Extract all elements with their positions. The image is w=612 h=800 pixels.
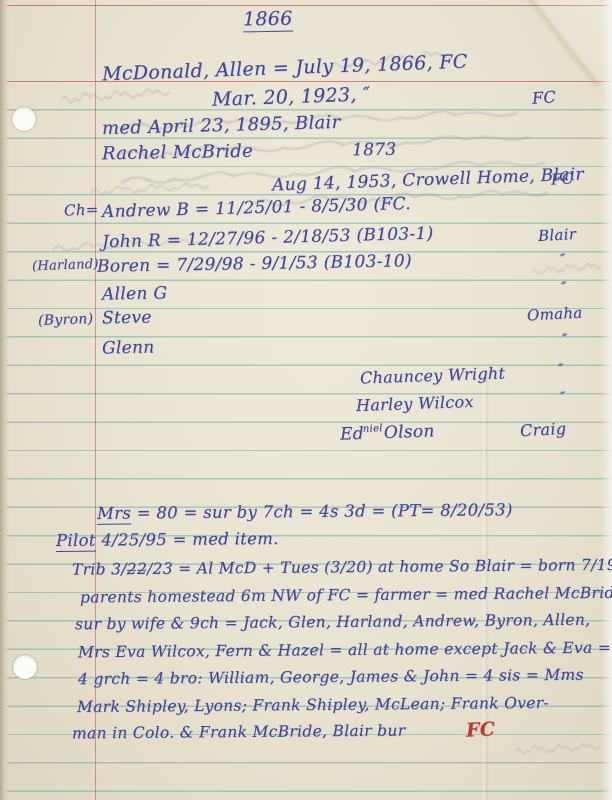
entry-death-place: FC	[531, 87, 556, 108]
spouse-death-place: FC	[551, 169, 574, 188]
obit-paragraph-line: man in Colo. & Frank McBride, Blair bur	[72, 722, 406, 743]
olson-pre: Ed	[340, 424, 365, 445]
child-row-ditto: ″	[562, 332, 568, 348]
other-name-place: Craig	[520, 419, 567, 440]
mrs-summary-line: Mrs = 80 = sur by 7ch = 4s 3d = (PT= 8/2…	[97, 500, 513, 523]
other-name-ditto: ″	[558, 362, 564, 378]
page-edge-left	[0, 0, 9, 800]
other-name-ditto: ″	[560, 390, 566, 406]
children-label: Ch=	[64, 200, 99, 219]
olson-insertion: niel	[363, 423, 383, 435]
spouse-name: Rachel McBride	[102, 141, 253, 165]
mrs-summary-rest: = 80 = sur by 7ch = 4s 3d = (PT= 8/20/53…	[131, 500, 513, 522]
child-row-margin-note: (Byron)	[38, 311, 94, 329]
child-row-place: Blair	[538, 225, 577, 245]
child-row: Steve	[102, 308, 152, 329]
year-title: 1866	[243, 8, 293, 31]
pilot-source-lead: Pilot	[56, 531, 96, 552]
other-name: EdnielOlson	[340, 421, 435, 444]
child-row-margin-note: (Harland)	[32, 257, 99, 274]
olson-post: Olson	[384, 421, 435, 443]
child-row-ditto: ″	[560, 252, 566, 268]
pilot-source-line: Pilot 4/25/95 = med item.	[56, 529, 279, 550]
year-title-text: 1866	[243, 8, 293, 33]
spouse-birth-year: 1873	[352, 140, 397, 161]
corner-crease	[482, 0, 612, 86]
punch-hole-top	[12, 107, 36, 131]
child-row: Glenn	[102, 338, 155, 359]
mrs-summary-lead: Mrs	[97, 504, 131, 525]
cemetery-stamp: FC	[465, 718, 495, 741]
child-row-place: Omaha	[527, 304, 583, 325]
notebook-page: 1866 McDonald, Allen = July 19, 1866, FC…	[0, 0, 612, 800]
child-row-ditto: ″	[561, 280, 567, 296]
page-edge-right	[601, 0, 612, 800]
pilot-source-rest: 4/25/95 = med item.	[96, 529, 279, 550]
child-row: Allen G	[102, 283, 168, 304]
punch-hole-bottom	[13, 655, 37, 679]
